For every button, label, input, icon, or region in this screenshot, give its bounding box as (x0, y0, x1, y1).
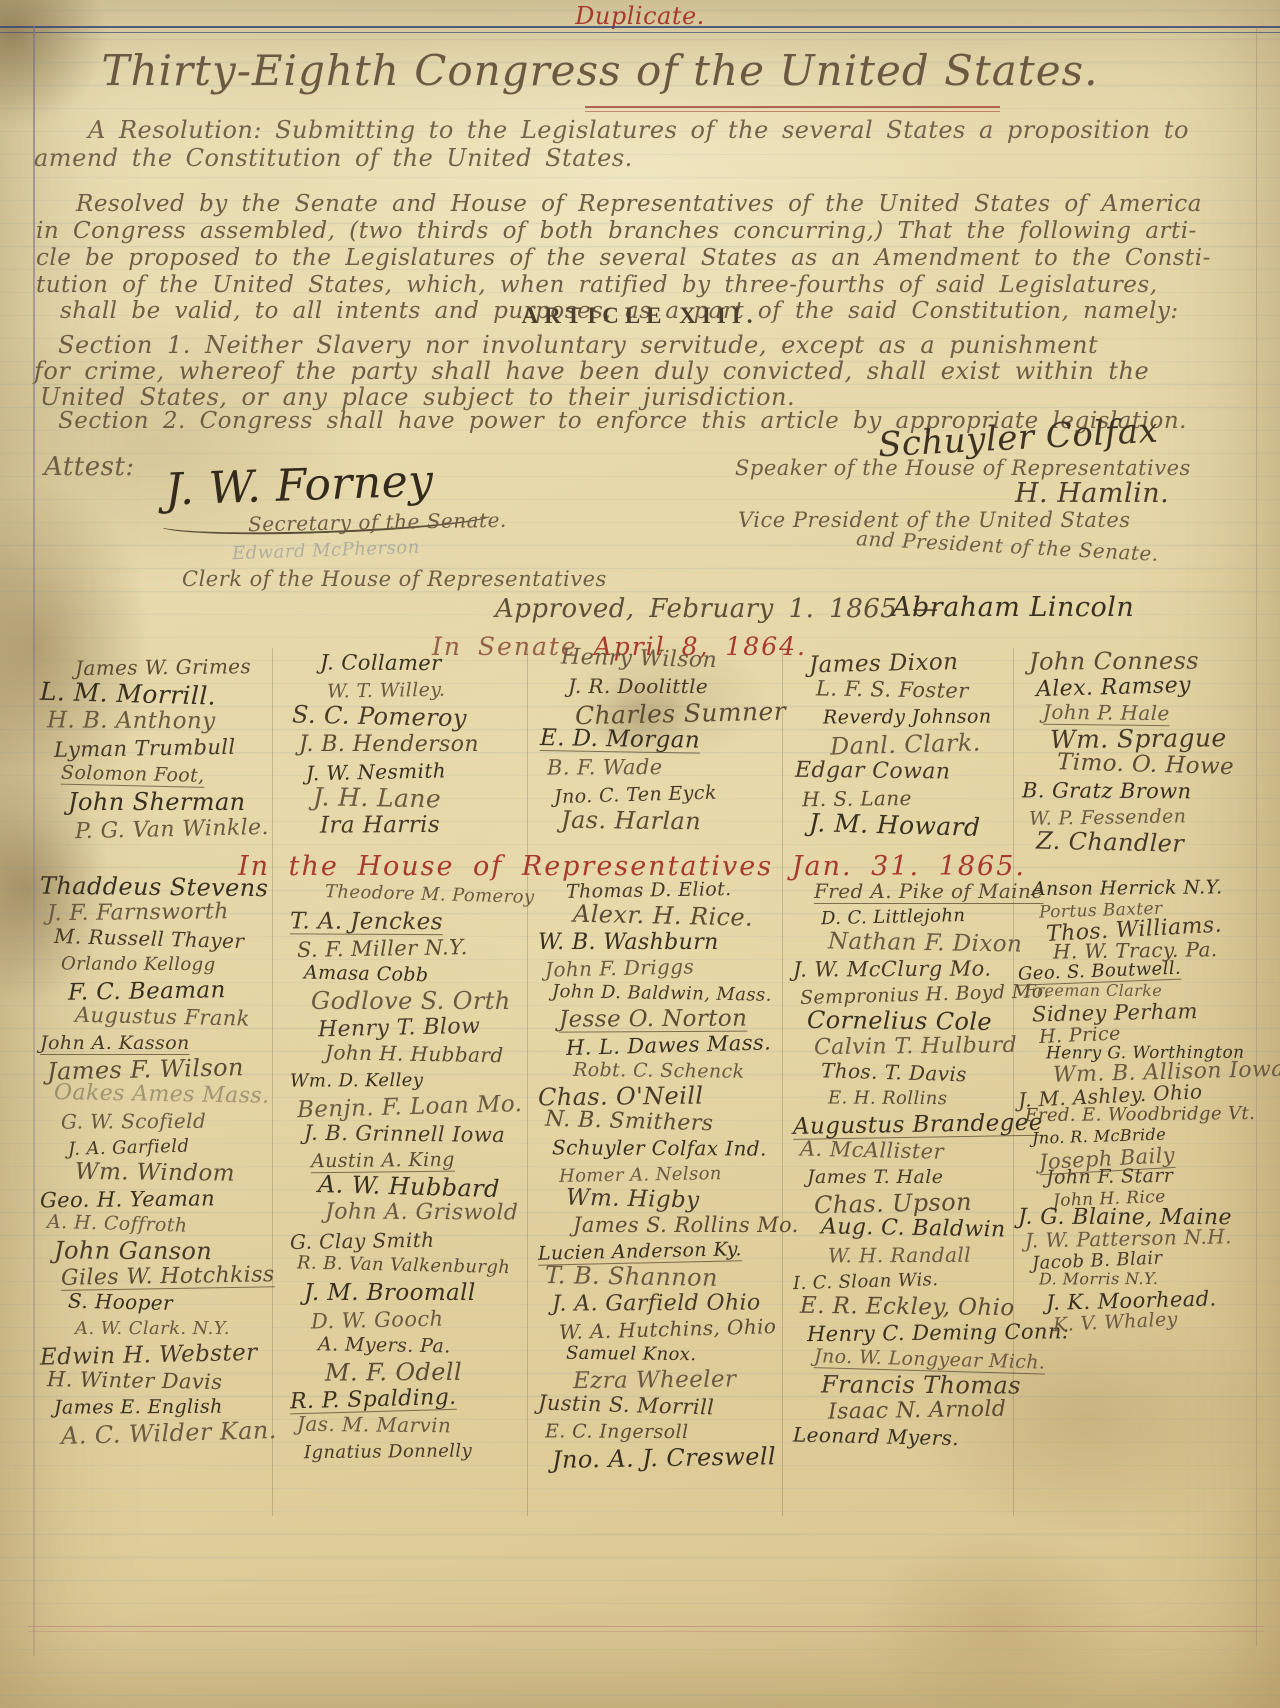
signature-name: J. W. McClurg Mo. (793, 955, 1019, 982)
signature-name: A. McAllister (800, 1136, 1020, 1167)
section-1-line: Section 1. Neither Slavery nor involunta… (58, 331, 1098, 359)
signature-name: Chas. Upson (814, 1188, 1020, 1219)
signature-name: John A. Griswold (325, 1199, 532, 1227)
signature-name: Z. Chandler (1036, 828, 1261, 859)
signature-name: Isaac N. Arnold (828, 1396, 1019, 1425)
signature-name: Edgar Cowan (795, 757, 1017, 786)
signature-name: Timo. O. Howe (1057, 749, 1261, 781)
signature-name: John P. Hale (1043, 699, 1260, 727)
signature-name: Jas. Harlan (561, 807, 780, 836)
signature-name: Wm. Higby (566, 1185, 785, 1216)
signature-name: Aug. C. Baldwin (821, 1214, 1019, 1243)
signature-name: Jas. M. Marvin (297, 1411, 532, 1440)
signature-name: J. M. Broomall (304, 1280, 532, 1307)
signature-name: T. B. Shannon (545, 1263, 784, 1293)
signature-name: H. Winter Davis (47, 1366, 278, 1396)
signature-name: Henry Wilson (561, 644, 781, 676)
signature-name: A. Myers. Pa. (318, 1331, 532, 1361)
signature-name: James S. Rollins Mo. (573, 1213, 784, 1239)
signature-name: Oakes Ames Mass. (54, 1080, 278, 1110)
signature-name: Solomon Foot, (61, 760, 276, 792)
signature-name: Alexr. H. Rice. (573, 901, 785, 932)
signature-name: D. C. Littlejohn (821, 902, 1020, 932)
signature-name: S. F. Miller N.Y. (297, 933, 532, 963)
signature-name: John A. Kasson (40, 1030, 278, 1056)
lincoln-signature: Abraham Lincoln (892, 592, 1134, 623)
document-page: Duplicate. Thirty-Eighth Congress of the… (0, 0, 1280, 1708)
colfax-title: Speaker of the House of Representatives (735, 456, 1191, 480)
left-margin-line (33, 26, 35, 1656)
signature-name: John H. Hubbard (325, 1039, 532, 1069)
page-title: Thirty-Eighth Congress of the United Sta… (70, 46, 1130, 95)
signature-name: T. A. Jenckes (290, 908, 532, 936)
signature-name: Danl. Clark. (830, 728, 1018, 760)
signature-name: R. B. Van Valkenburgh (297, 1250, 533, 1282)
signature-name: W. H. Randall (828, 1241, 1019, 1268)
resolution-subtitle-line: amend the Constitution of the United Sta… (34, 144, 633, 172)
signature-name: J. M. Howard (809, 809, 1018, 842)
signature-name: J. B. Henderson (299, 731, 524, 758)
signature-name: Cornelius Cole (807, 1007, 1019, 1035)
resolved-paragraph-line: cle be proposed to the Legislatures of t… (36, 245, 1211, 271)
top-border-rule (0, 26, 1280, 33)
signature-name: Reverdy Johnson (823, 703, 1017, 731)
resolution-subtitle-line: A Resolution: Submitting to the Legislat… (88, 116, 1189, 144)
signature-name: Benjn. F. Loan Mo. (297, 1091, 533, 1124)
signature-name: S. C. Pomeroy (292, 701, 525, 733)
signature-name: S. Hooper (68, 1288, 279, 1319)
signature-name: Francis Thomas (821, 1371, 1019, 1398)
forney-title: Secretary of the Senate. (248, 508, 507, 537)
signature-name: H. B. Anthony (47, 707, 275, 735)
signature-name: Ira Harris (320, 811, 524, 839)
attest-label: Attest: (44, 452, 135, 482)
signature-name: Justin S. Morrill (538, 1391, 785, 1424)
signature-name: M. Russell Thayer (54, 923, 279, 955)
signature-name: Amasa Cobb (304, 959, 533, 991)
signature-name: Fred A. Pike of Maine (814, 878, 1019, 904)
senate-column-5: John ConnessAlex. RamseyJohn P. HaleWm. … (1022, 648, 1260, 856)
signature-name: J. Collamer (320, 649, 524, 677)
signature-name: A. C. Wilder Kan. (61, 1417, 279, 1449)
signature-name: Nathan F. Dixon (828, 928, 1019, 957)
resolved-paragraph-line: Resolved by the Senate and House of Repr… (76, 191, 1202, 217)
signature-name: A. W. Hubbard (318, 1171, 533, 1203)
signature-name: Ignatius Donnelly (304, 1437, 532, 1466)
house-column-2: Theodore M. PomeroyT. A. JenckesS. F. Mi… (290, 882, 532, 1465)
signature-name: J. B. Grinnell Iowa (304, 1119, 532, 1148)
signature-name: Charles Sumner (575, 698, 781, 730)
signature-name: John Conness (1029, 647, 1260, 674)
signature-name: E. D. Morgan (540, 725, 780, 756)
signature-name: J. R. Doolittle (568, 673, 780, 700)
bottom-border-rule (28, 1626, 1264, 1632)
senate-column-3: Henry WilsonJ. R. DoolittleCharles Sumne… (540, 646, 780, 835)
signature-name: Leonard Myers. (793, 1421, 1020, 1452)
clerk-title: Clerk of the House of Representatives (182, 567, 607, 591)
signature-name: A. W. Clark. N.Y. (75, 1316, 278, 1342)
section-1-line: for crime, whereof the party shall have … (34, 357, 1149, 385)
resolved-paragraph-line: in Congress assembled, (two thirds of bo… (36, 218, 1197, 244)
signature-name: James T. Hale (807, 1164, 1019, 1190)
signature-name: Theodore M. Pomeroy (325, 879, 533, 911)
signature-name: Jno. A. J. Creswell (552, 1444, 784, 1474)
signature-name: H. L. Dawes Mass. (566, 1030, 785, 1062)
signature-name: E. R. Eckley, Ohio (800, 1293, 1019, 1321)
signature-name: Wm. Windom (75, 1159, 278, 1187)
signature-name: Schuyler Colfax Ind. (552, 1135, 784, 1162)
title-underline (585, 106, 1000, 112)
signature-name: P. G. Van Winkle. (75, 814, 276, 845)
signature-name: Freeman Clarke (1025, 981, 1270, 1002)
signature-name: John Ganson (54, 1237, 278, 1264)
house-column-4: Fred A. Pike of MaineD. C. LittlejohnNat… (793, 878, 1019, 1450)
hamlin-title-2: and President of the Senate. (856, 526, 1160, 566)
house-column-5: Anson Herrick N.Y.Portus BaxterThos. Wil… (1018, 878, 1270, 1331)
signature-name: Ezra Wheeler (573, 1367, 784, 1395)
signature-name: B. Gratz Brown (1022, 777, 1260, 804)
signature-name: Orlando Kellogg (61, 951, 278, 978)
senate-column-4: James DixonL. F. S. FosterReverdy Johnso… (795, 650, 1017, 839)
signature-name: John D. Baldwin, Mass. (552, 979, 784, 1009)
signature-name: W. B. Washburn (538, 930, 784, 956)
signature-name: James Dixon (809, 648, 1018, 680)
signature-name: Godlove S. Orth (311, 988, 532, 1015)
signature-name: M. F. Odell (325, 1358, 532, 1386)
signature-name: J. H. Lane (313, 783, 524, 814)
mcpherson-faint-signature: Edward McPherson (232, 537, 420, 565)
signature-name: N. B. Smithers (545, 1107, 785, 1139)
signature-name: J. A. Garfield Ohio (552, 1290, 784, 1317)
senate-column-1: James W. GrimesL. M. Morrill.H. B. Antho… (40, 654, 275, 843)
signature-name: D. W. Gooch (311, 1304, 533, 1335)
signature-name: Jesse O. Norton (559, 1006, 784, 1033)
signature-name: Thaddeus Stevens (40, 873, 278, 902)
signature-name: Wm. D. Kelley (290, 1067, 532, 1095)
resolved-paragraph-line: tution of the United States, which, when… (36, 272, 1158, 298)
signature-name: L. F. S. Foster (816, 675, 1017, 705)
signature-name: Thos. T. Davis (821, 1057, 1020, 1089)
section-1-line: United States, or any place subject to t… (40, 383, 795, 411)
approved-date-line: Approved, February 1. 1865 — (495, 594, 939, 624)
hamlin-signature: H. Hamlin. (1015, 478, 1169, 509)
signature-name: B. F. Wade (547, 753, 780, 781)
house-column-1: Thaddeus StevensJ. F. FarnsworthM. Russe… (40, 874, 278, 1446)
signature-name: Samuel Knox. (566, 1341, 784, 1369)
signature-name: L. M. Morrill. (40, 678, 276, 712)
house-column-3: Thomas D. Eliot.Alexr. H. Rice.W. B. Was… (538, 878, 784, 1471)
article-xiii-heading: ARTICLE XIII. (0, 303, 1280, 329)
senate-column-2: J. CollamerW. T. Willey.S. C. PomeroyJ. … (292, 650, 524, 839)
signature-name: Augustus Frank (75, 1002, 279, 1033)
signature-name: John Sherman (68, 789, 275, 816)
signature-name: E. H. Rollins (828, 1085, 1019, 1112)
hamlin-title: Vice President of the United States (738, 508, 1131, 532)
signature-name: G. W. Scofield (61, 1107, 278, 1134)
